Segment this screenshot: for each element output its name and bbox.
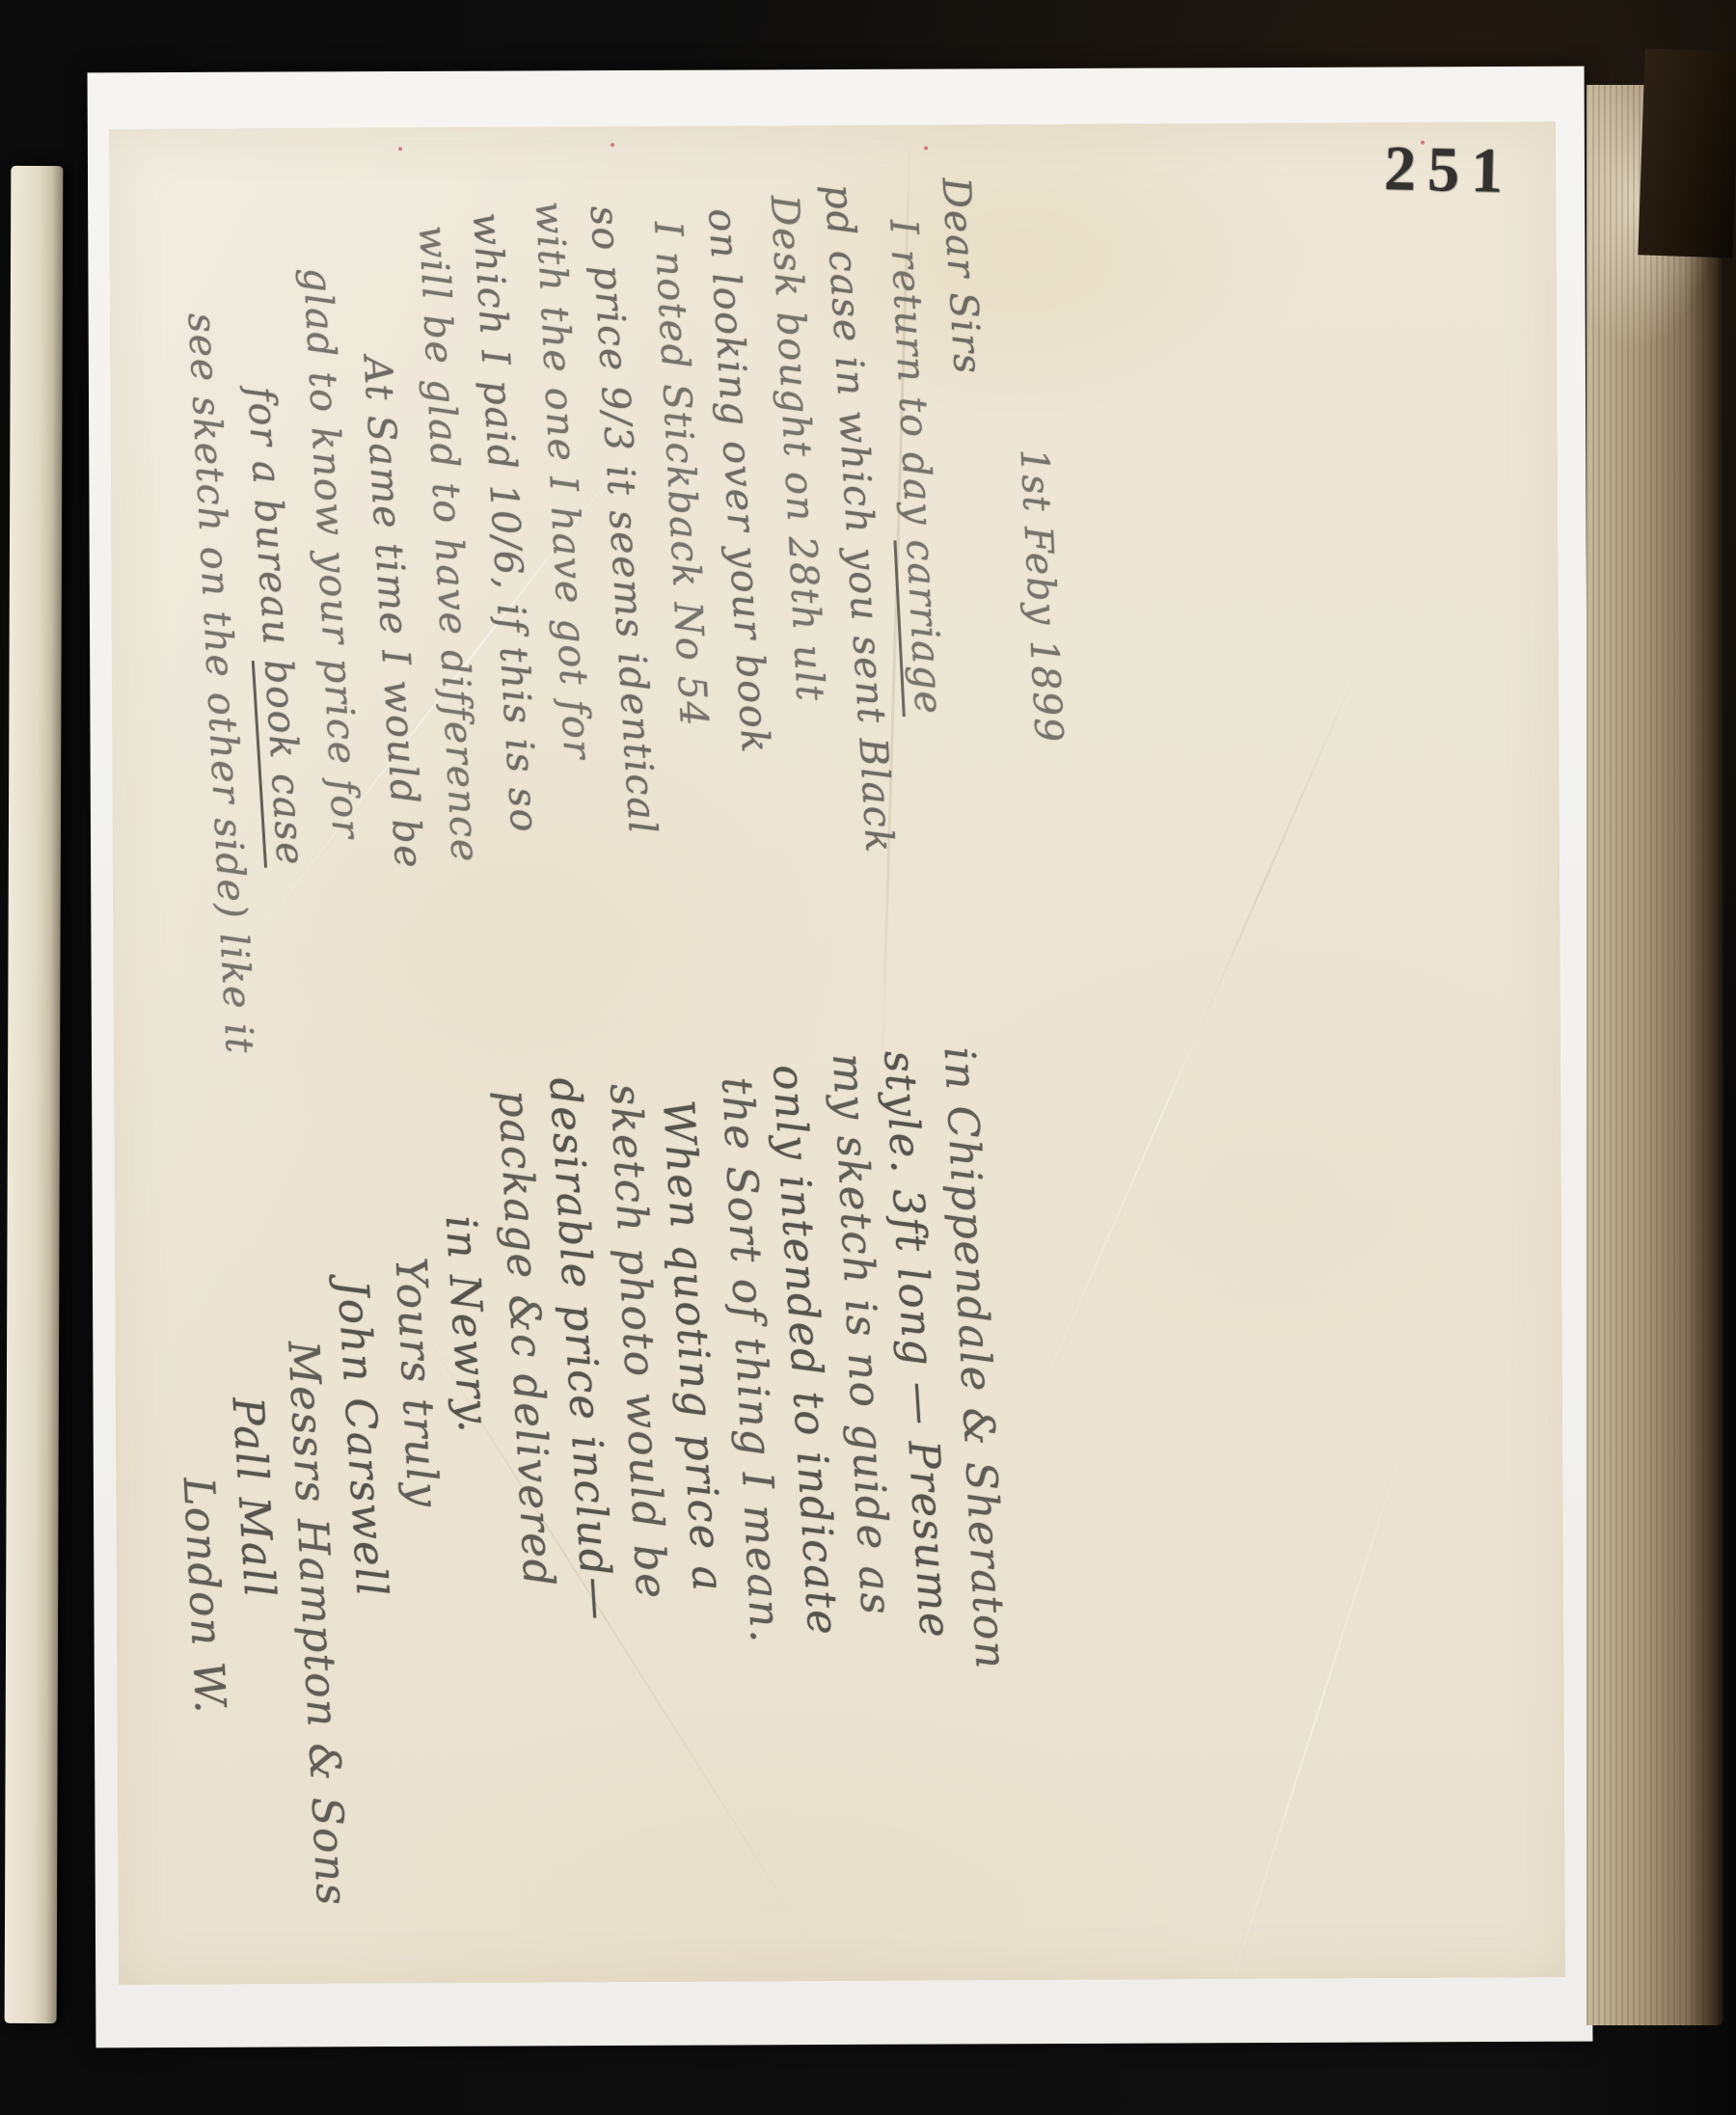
book-cover-edge — [1638, 48, 1736, 258]
letter-overleaf-block: in Chippendale & Sheraton style. 3ft lon… — [146, 1045, 1031, 1914]
underlined-word: book case — [252, 658, 312, 867]
book-fore-edge — [1587, 85, 1723, 2025]
letter-front-block: 1st Feby 1899 Dear Sirs I return to day … — [164, 173, 1093, 1056]
letterbook-page: 251 1st Feby 1899 Dear Sirs I return to … — [109, 122, 1565, 1985]
underlined-word: carriage — [893, 538, 950, 717]
page-crease — [1222, 1439, 1405, 2009]
facing-page-edge — [5, 166, 64, 2023]
ink-speck — [1421, 141, 1424, 145]
ink-speck — [610, 143, 614, 147]
page-number-stamp: 251 — [1383, 132, 1515, 208]
letterbook-photograph: { "document": { "page_stamp": "251", "le… — [0, 0, 1736, 2115]
ink-speck — [398, 147, 402, 150]
ink-speck — [924, 146, 928, 149]
